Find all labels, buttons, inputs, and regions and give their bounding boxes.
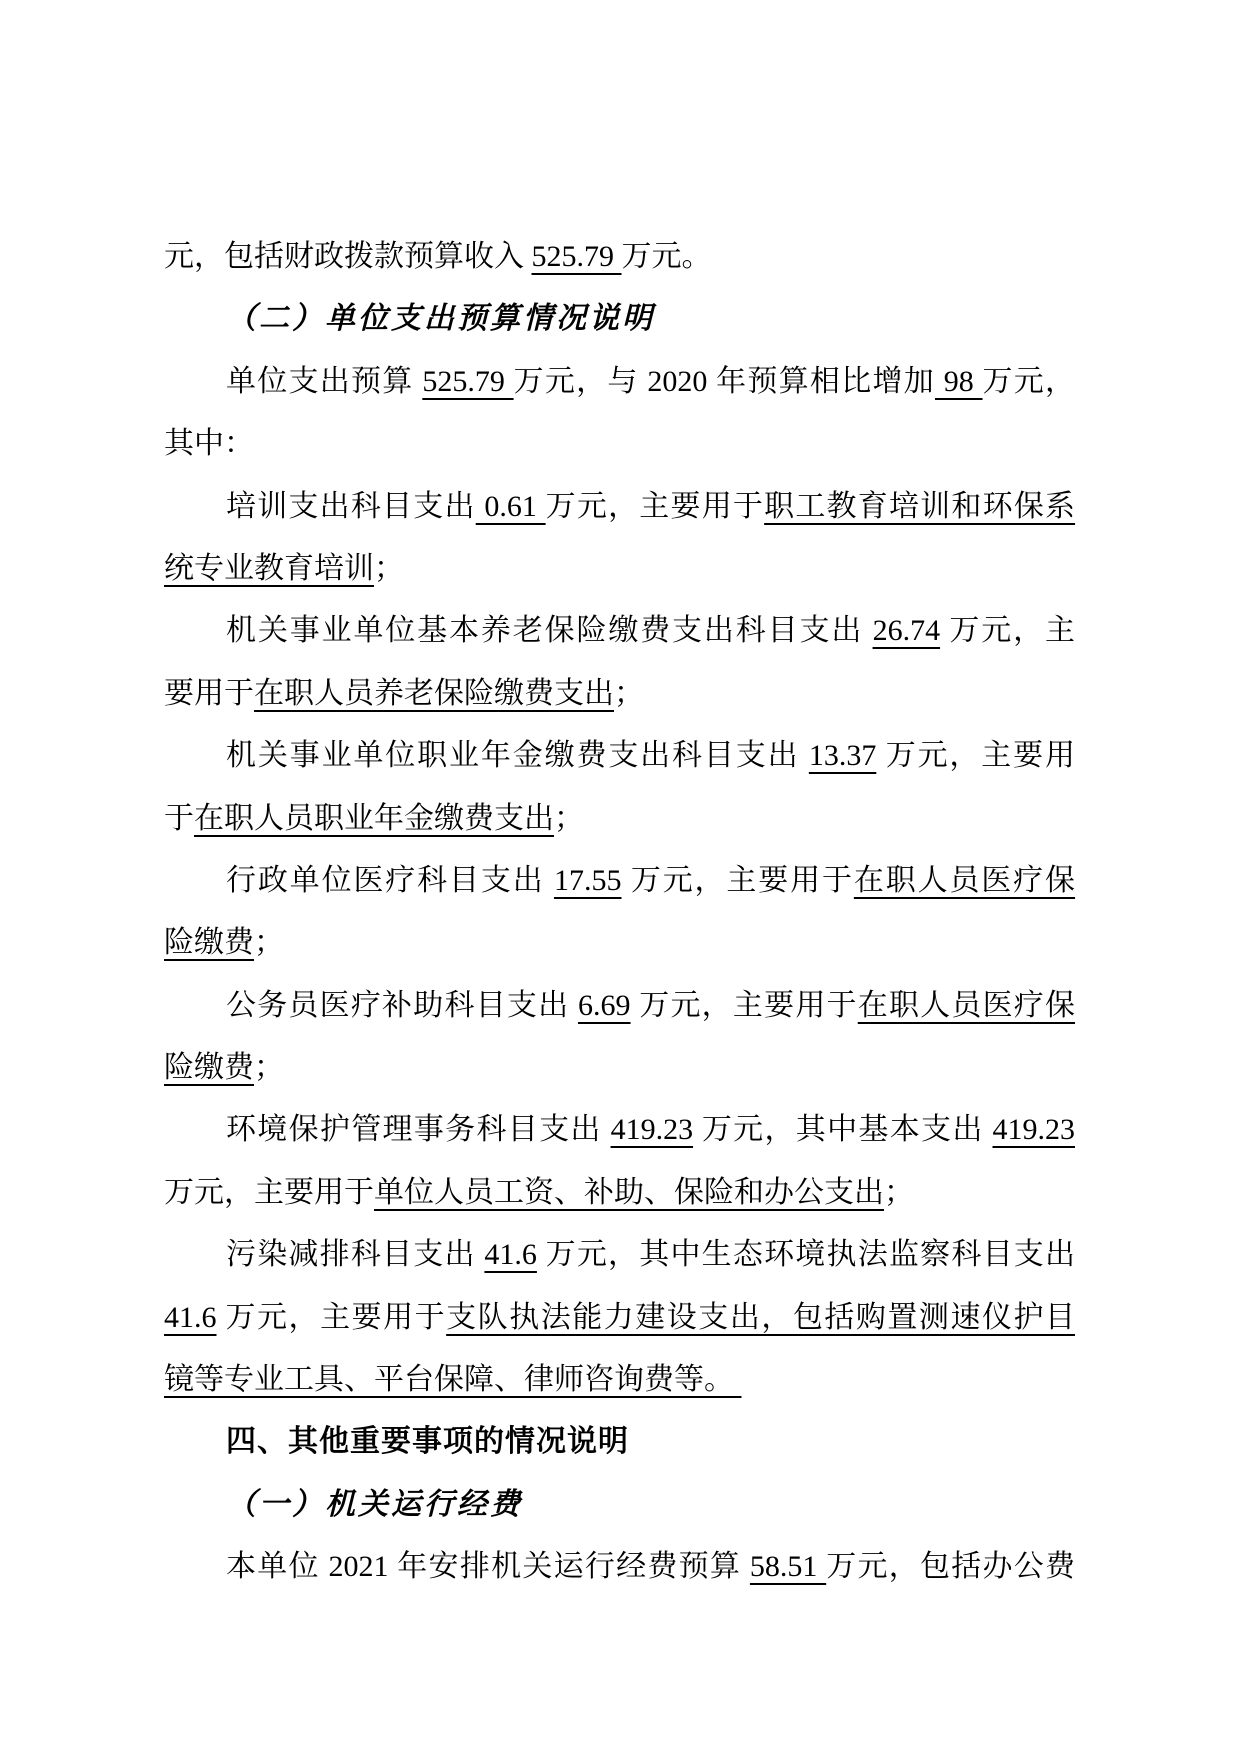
- underlined-text-run: 525.79: [422, 365, 513, 398]
- underlined-text-run: 98: [935, 365, 983, 398]
- text-run: 万元。: [622, 240, 712, 273]
- underlined-text-run: 0.61: [476, 490, 546, 523]
- underlined-text-run: 419.23: [611, 1113, 694, 1146]
- underlined-text-run: 统专业教育培训: [164, 552, 374, 585]
- text-line-annuity-continuation: 于在职人员职业年金缴费支出；: [164, 788, 1075, 850]
- underlined-text-run: 525.79: [532, 240, 622, 273]
- underlined-text-run: 41.6: [484, 1238, 537, 1271]
- text-run: ；: [254, 926, 284, 959]
- text-line-environmental-management-continuation: 万元，主要用于单位人员工资、补助、保险和办公支出；: [164, 1162, 1075, 1224]
- underlined-text-run: 41.6: [164, 1301, 217, 1334]
- text-run: 本单位 2021 年安排机关运行经费预算: [226, 1550, 750, 1583]
- heading-agency-operating-funds: （一）机关运行经费: [164, 1474, 1075, 1536]
- underlined-text-run: 17.55: [554, 864, 622, 897]
- underlined-text-run: 在职人员养老保险缴费支出: [254, 677, 614, 710]
- text-run: ；: [374, 552, 404, 585]
- text-run: 万元，与 2020 年预算相比增加: [514, 365, 935, 398]
- document-page: 元，包括财政拨款预算收入 525.79 万元。（二）单位支出预算情况说明单位支出…: [0, 0, 1241, 1755]
- text-run: ；: [254, 1051, 284, 1084]
- text-run: （一）机关运行经费: [226, 1488, 523, 1521]
- underlined-text-run: 13.37: [809, 739, 877, 772]
- text-run: 四、其他重要事项的情况说明: [226, 1425, 629, 1458]
- text-run: 环境保护管理事务科目支出: [226, 1113, 611, 1146]
- text-run: （二）单位支出预算情况说明: [226, 302, 655, 335]
- underlined-text-run: 职工教育培训和环保系: [764, 490, 1075, 523]
- underlined-text-run: 419.23: [993, 1113, 1076, 1146]
- text-run: 公务员医疗补助科目支出: [226, 989, 578, 1022]
- text-run: 污染减排科目支出: [226, 1238, 484, 1271]
- text-run: 机关事业单位职业年金缴费支出科目支出: [226, 739, 809, 772]
- text-run: ；: [614, 677, 644, 710]
- text-line-expenditure-total: 单位支出预算 525.79 万元，与 2020 年预算相比增加 98 万元，: [164, 351, 1075, 413]
- text-run: 培训支出科目支出: [226, 490, 476, 523]
- text-line-income-continuation: 元，包括财政拨款预算收入 525.79 万元。: [164, 226, 1075, 288]
- underlined-text-run: 在职人员医疗保: [854, 864, 1075, 897]
- text-run: 万元，主要用于: [621, 864, 853, 897]
- text-run: 行政单位医疗科目支出: [226, 864, 554, 897]
- text-line-annuity-expenditure: 机关事业单位职业年金缴费支出科目支出 13.37 万元，主要用: [164, 725, 1075, 787]
- heading-unit-expenditure-budget: （二）单位支出预算情况说明: [164, 288, 1075, 350]
- text-run: 单位支出预算: [226, 365, 422, 398]
- text-run: 万元，主要用于: [546, 490, 764, 523]
- text-line-civil-servant-medical-continuation: 险缴费；: [164, 1037, 1075, 1099]
- text-line-admin-medical-expenditure: 行政单位医疗科目支出 17.55 万元，主要用于在职人员医疗保: [164, 850, 1075, 912]
- underlined-text-run: 58.51: [750, 1550, 826, 1583]
- underlined-text-run: 支队执法能力建设支出，包括购置测速仪护目: [446, 1301, 1075, 1334]
- underlined-text-run: 镜等专业工具、平台保障、律师咨询费等。: [164, 1363, 742, 1396]
- text-line-pollution-reduction: 污染减排科目支出 41.6 万元，其中生态环境执法监察科目支出: [164, 1224, 1075, 1286]
- text-line-among-which: 其中：: [164, 413, 1075, 475]
- underlined-text-run: 单位人员工资、补助、保险和办公支出: [374, 1176, 884, 1209]
- text-run: 万元，主要用于: [631, 989, 858, 1022]
- text-line-training-expenditure: 培训支出科目支出 0.61 万元，主要用于职工教育培训和环保系: [164, 476, 1075, 538]
- text-line-admin-medical-continuation: 险缴费；: [164, 912, 1075, 974]
- text-line-pension-continuation: 要用于在职人员养老保险缴费支出；: [164, 663, 1075, 725]
- underlined-text-run: 险缴费: [164, 926, 254, 959]
- underlined-text-run: 6.69: [578, 989, 631, 1022]
- text-run: 万元，: [983, 365, 1076, 398]
- underlined-text-run: 在职人员职业年金缴费支出: [194, 802, 554, 835]
- text-run: 机关事业单位基本养老保险缴费支出科目支出: [226, 614, 873, 647]
- underlined-text-run: 在职人员医疗保: [858, 989, 1075, 1022]
- text-run: ；: [884, 1176, 914, 1209]
- text-run: 万元，主要用: [876, 739, 1075, 772]
- text-run: 万元，主: [940, 614, 1075, 647]
- text-run: 万元，主要用于: [217, 1301, 447, 1334]
- underlined-text-run: 26.74: [873, 614, 941, 647]
- document-body: 元，包括财政拨款预算收入 525.79 万元。（二）单位支出预算情况说明单位支出…: [164, 226, 1075, 1599]
- text-line-civil-servant-medical-subsidy: 公务员医疗补助科目支出 6.69 万元，主要用于在职人员医疗保: [164, 975, 1075, 1037]
- text-line-pollution-reduction-continuation-2: 镜等专业工具、平台保障、律师咨询费等。: [164, 1349, 1075, 1411]
- text-run: 其中：: [164, 427, 254, 460]
- text-line-operating-funds-budget: 本单位 2021 年安排机关运行经费预算 58.51 万元，包括办公费: [164, 1536, 1075, 1598]
- text-run: 万元，其中基本支出: [693, 1113, 992, 1146]
- text-line-training-continuation: 统专业教育培训；: [164, 538, 1075, 600]
- text-run: 万元，包括办公费: [826, 1550, 1075, 1583]
- text-run: 万元，主要用于: [164, 1176, 374, 1209]
- text-run: 于: [164, 802, 194, 835]
- heading-other-important-matters: 四、其他重要事项的情况说明: [164, 1411, 1075, 1473]
- text-line-pollution-reduction-continuation-1: 41.6 万元，主要用于支队执法能力建设支出，包括购置测速仪护目: [164, 1287, 1075, 1349]
- text-run: 万元，其中生态环境执法监察科目支出: [537, 1238, 1075, 1271]
- underlined-text-run: 险缴费: [164, 1051, 254, 1084]
- text-run: 要用于: [164, 677, 254, 710]
- text-run: ；: [554, 802, 584, 835]
- text-line-pension-expenditure: 机关事业单位基本养老保险缴费支出科目支出 26.74 万元，主: [164, 600, 1075, 662]
- text-line-environmental-management: 环境保护管理事务科目支出 419.23 万元，其中基本支出 419.23: [164, 1099, 1075, 1161]
- text-run: 元，包括财政拨款预算收入: [164, 240, 532, 273]
